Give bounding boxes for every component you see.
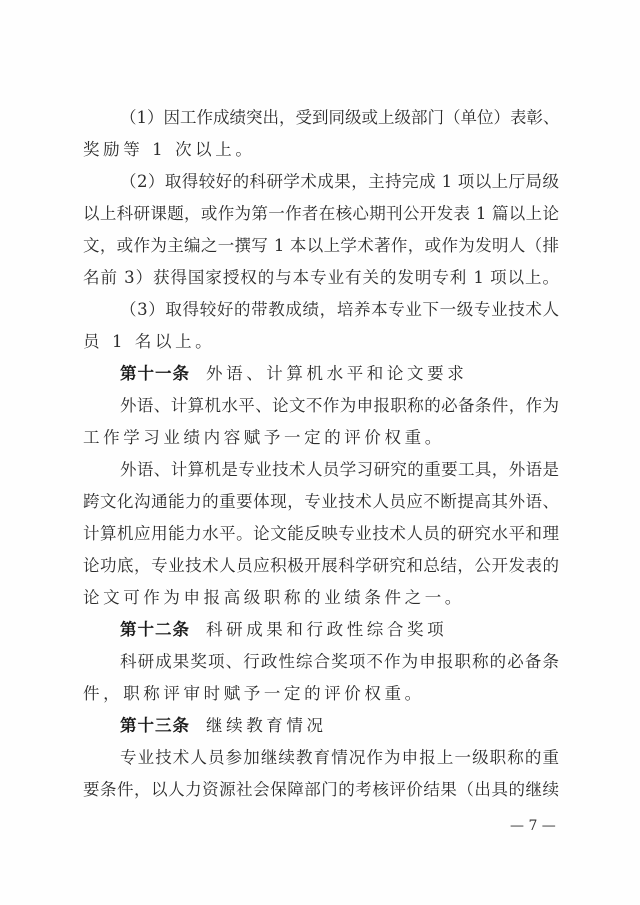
paragraph-line: 以上科研课题，或作为第一作者在核心期刊公开发表 1 篇以上论 [83,202,559,226]
paragraph-line: 件，职称评审时赋予一定的评价权重。 [83,682,559,706]
paragraph-line: 员 1 名以上。 [83,330,559,354]
paragraph-line: 科研成果奖项、行政性综合奖项不作为申报职称的必备条 [120,650,559,674]
paragraph-line: 跨文化沟通能力的重要体现，专业技术人员应不断提高其外语、 [83,490,559,514]
paragraph-line: 外语、计算机水平、论文不作为申报职称的必备条件，作为 [120,394,559,418]
paragraph-line: 外语、计算机是专业技术人员学习研究的重要工具，外语是 [120,458,559,482]
document-page: （1）因工作成绩突出，受到同级或上级部门（单位）表彰、 奖励等 1 次以上。 （… [0,0,640,905]
article-title: 科研成果和行政性综合奖项 [206,620,447,639]
article-title: 继续教育情况 [206,716,327,735]
paragraph-line: 计算机应用能力水平。论文能反映专业技术人员的研究水平和理 [83,522,559,546]
paragraph-line: 要条件，以人力资源社会保障部门的考核评价结果（出具的继续 [83,778,559,802]
paragraph-line: 论文可作为申报高级职称的业绩条件之一。 [83,586,559,610]
page-number: — 7 — [510,816,556,836]
article-number: 第十一条 [120,364,190,383]
paragraph-line: 奖励等 1 次以上。 [83,138,559,162]
paragraph-line: 名前 3）获得国家授权的与本专业有关的发明专利 1 项以上。 [83,266,559,290]
paragraph-line: （2）取得较好的科研学术成果，主持完成 1 项以上厅局级 [120,170,559,194]
article-number: 第十二条 [120,620,190,639]
paragraph-line: 专业技术人员参加继续教育情况作为申报上一级职称的重 [120,746,559,770]
paragraph-line: （3）取得较好的带教成绩，培养本专业下一级专业技术人 [120,298,559,322]
article-number: 第十三条 [120,716,190,735]
paragraph-line: 论功底，专业技术人员应积极开展科学研究和总结，公开发表的 [83,554,559,578]
article-heading-12: 第十二条科研成果和行政性综合奖项 [120,618,559,642]
article-heading-13: 第十三条继续教育情况 [120,714,559,738]
article-title: 外语、计算机水平和论文要求 [206,364,467,383]
paragraph-line: （1）因工作成绩突出，受到同级或上级部门（单位）表彰、 [120,106,559,130]
paragraph-line: 文，或作为主编之一撰写 1 本以上学术著作，或作为发明人（排 [83,234,559,258]
article-heading-11: 第十一条外语、计算机水平和论文要求 [120,362,559,386]
paragraph-line: 工作学习业绩内容赋予一定的评价权重。 [83,426,559,450]
